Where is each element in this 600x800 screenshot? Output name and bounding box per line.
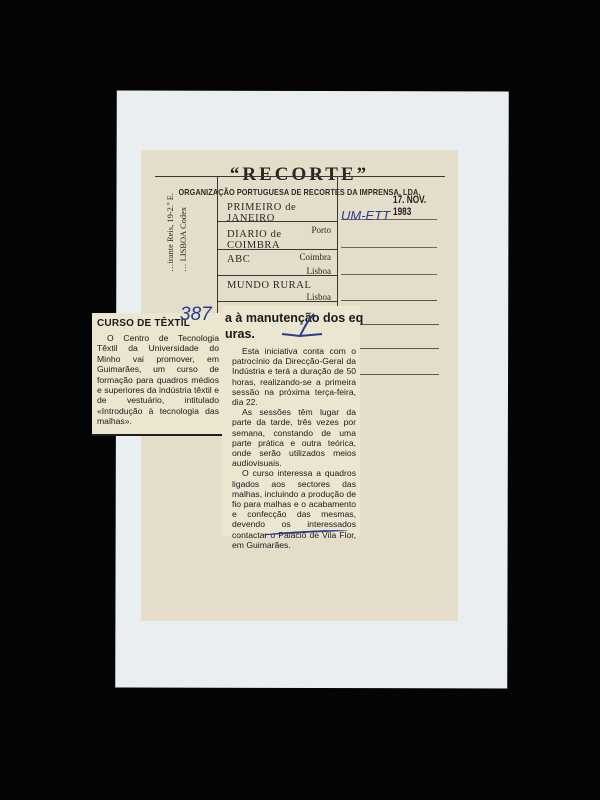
clipping-paragraph: As sessões têm lugar da parte da tarde, …	[232, 407, 356, 468]
publication-row: MUNDO RURAL Lisboa	[219, 280, 337, 302]
clipping-headline: CURSO DE TÊXTIL	[97, 318, 190, 329]
handwritten-number: 387	[180, 304, 212, 326]
publication-name: ABC	[219, 254, 337, 265]
publication-name: PRIMEIRO de JANEIRO	[219, 202, 337, 224]
publication-name: DIARIO de COIMBRA	[219, 229, 337, 251]
blank-line	[341, 247, 437, 248]
clipping-paragraph: O curso interessa a quadros ligados aos …	[232, 468, 356, 550]
clipping-body: Esta iniciativa conta com o patrocínio d…	[232, 346, 356, 550]
publication-city: Lisboa	[219, 292, 337, 302]
clipping-body: O Centro de Tecnologia Têxtil da Univers…	[97, 333, 219, 427]
blank-line	[356, 374, 439, 375]
blank-line	[356, 348, 439, 349]
clipping-curso-textil: CURSO DE TÊXTIL O Centro de Tecnologia T…	[92, 313, 225, 436]
header-rule	[155, 176, 445, 177]
publication-name: MUNDO RURAL	[219, 280, 337, 291]
address-line: …irante Reis, 19-2.º E.	[164, 152, 177, 272]
blank-line	[341, 300, 437, 301]
side-address: …irante Reis, 19-2.º E. … LISBOA Codex	[164, 152, 192, 272]
clipping-paragraph: Esta iniciativa conta com o patrocínio d…	[232, 346, 356, 407]
address-line: … LISBOA Codex	[177, 152, 190, 272]
pen-checkmark-icon	[280, 312, 340, 342]
table-divider-right	[337, 177, 338, 307]
blank-line	[341, 274, 437, 275]
publication-city: Lisboa	[219, 266, 337, 276]
clipping-paragraph: O Centro de Tecnologia Têxtil da Univers…	[97, 333, 219, 427]
handwritten-code: UM-ETT	[341, 208, 390, 223]
publication-row: ABC Lisboa	[219, 254, 337, 276]
date-stamp: 17. NOV. 1983	[393, 194, 442, 218]
